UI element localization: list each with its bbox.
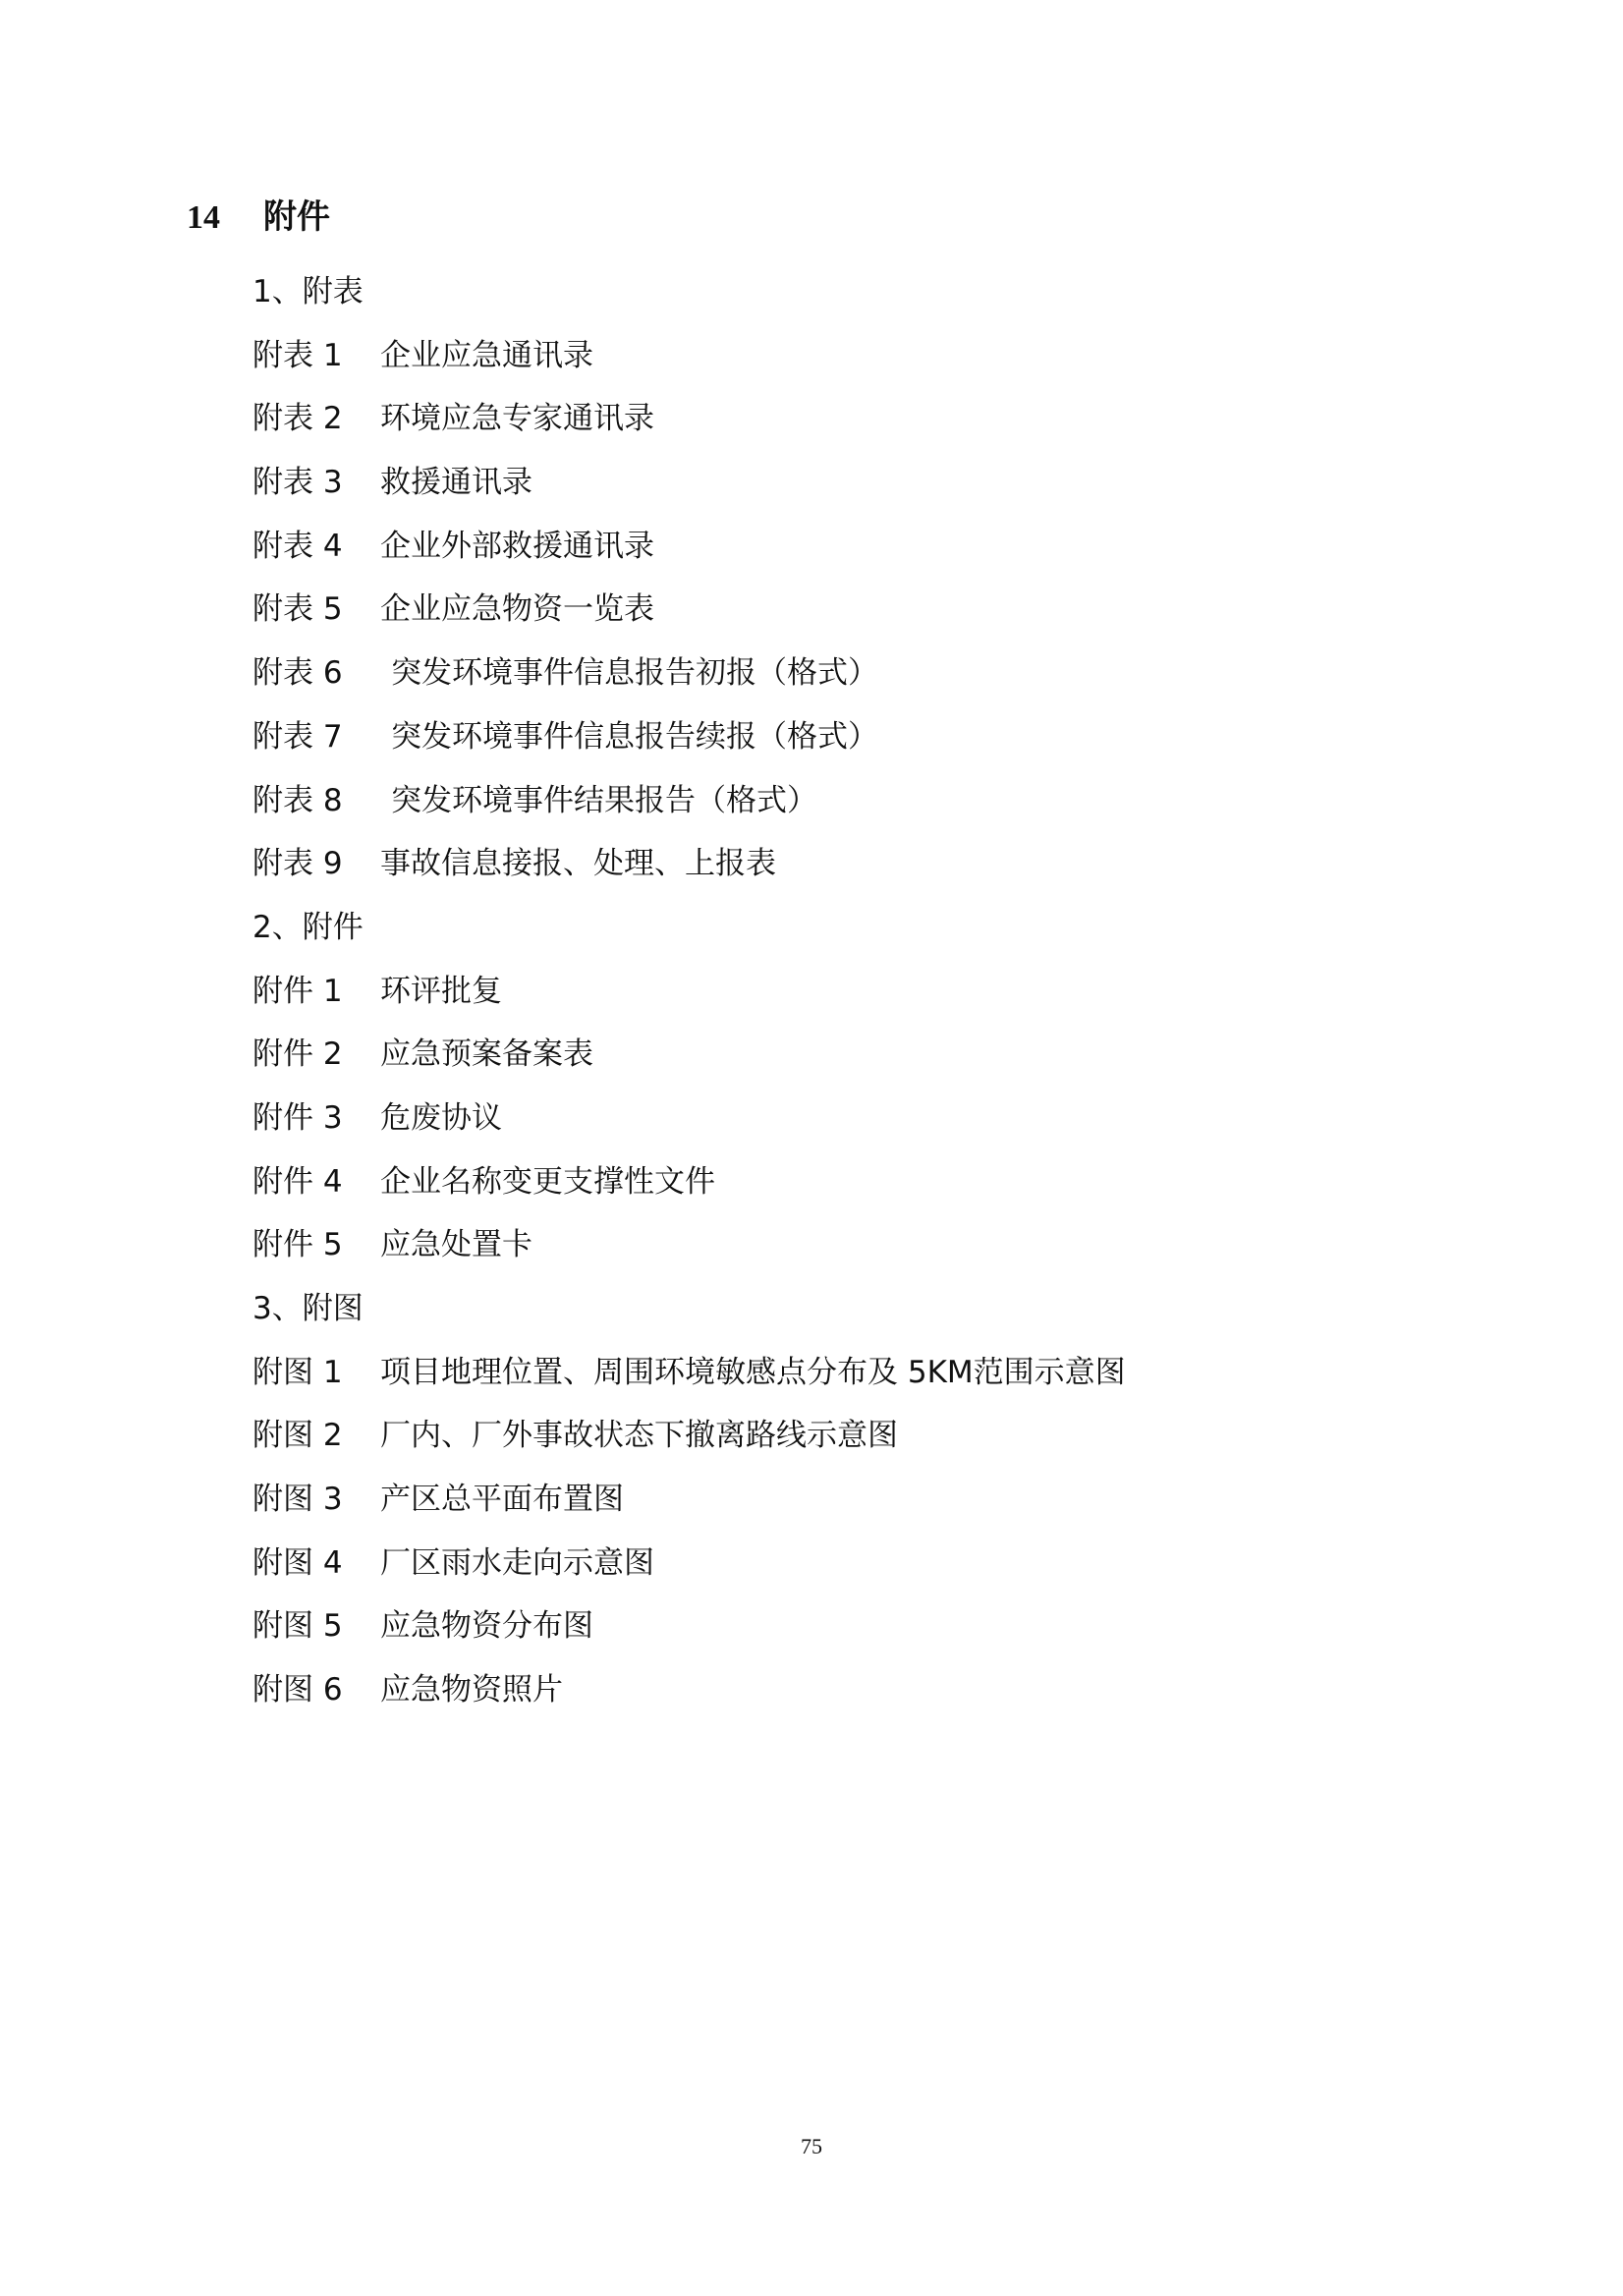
item-label: 附图 3 (252, 1478, 380, 1541)
list-item: 附表 4企业外部救援通讯录 (252, 525, 1126, 588)
item-label: 附件 3 (252, 1096, 380, 1160)
item-text: 应急物资照片 (380, 1668, 563, 1732)
item-text: 环境应急专家通讯录 (380, 397, 654, 461)
item-text: 应急处置卡 (380, 1223, 532, 1287)
item-text: 厂区雨水走向示意图 (380, 1541, 654, 1605)
list-item: 附表 3救援通讯录 (252, 461, 1126, 525)
list-item: 附件 5应急处置卡 (252, 1223, 1126, 1287)
item-text: 应急预案备案表 (380, 1033, 593, 1096)
item-text: 突发环境事件结果报告（格式） (380, 779, 817, 843)
list-item: 附件 1环评批复 (252, 970, 1126, 1034)
list-item: 附表 9事故信息接报、处理、上报表 (252, 842, 1126, 906)
item-label: 附件 5 (252, 1223, 380, 1287)
item-text: 事故信息接报、处理、上报表 (380, 842, 776, 906)
item-label: 附件 2 (252, 1033, 380, 1096)
list-item: 附图 2厂内、厂外事故状态下撤离路线示意图 (252, 1414, 1126, 1478)
item-label: 附件 1 (252, 970, 380, 1034)
attachment-list: 1、附表 附表 1企业应急通讯录 附表 2环境应急专家通讯录 附表 3救援通讯录… (252, 270, 1126, 1732)
list-item: 附件 3危废协议 (252, 1096, 1126, 1160)
item-label: 附件 4 (252, 1160, 380, 1224)
list-item: 附图 4厂区雨水走向示意图 (252, 1541, 1126, 1605)
item-label: 附表 4 (252, 525, 380, 588)
list-item: 附表 5企业应急物资一览表 (252, 588, 1126, 651)
item-text: 企业外部救援通讯录 (380, 525, 654, 588)
item-label: 附表 9 (252, 842, 380, 906)
item-text: 企业应急物资一览表 (380, 588, 654, 651)
item-label: 附图 5 (252, 1604, 380, 1668)
page-number: 75 (801, 2134, 822, 2159)
section-heading: 14附件 (187, 198, 330, 238)
list-item: 附图 3产区总平面布置图 (252, 1478, 1126, 1541)
subsection-title: 3、附图 (252, 1287, 1126, 1351)
list-item: 附表 7突发环境事件信息报告续报（格式） (252, 715, 1126, 779)
item-text: 产区总平面布置图 (380, 1478, 624, 1541)
item-text: 企业名称变更支撑性文件 (380, 1160, 715, 1224)
section-number: 14 (187, 198, 263, 238)
list-item: 附表 8突发环境事件结果报告（格式） (252, 779, 1126, 843)
list-item: 附图 1项目地理位置、周围环境敏感点分布及 5KM范围示意图 (252, 1351, 1126, 1415)
section-title: 附件 (263, 199, 330, 236)
item-text: 突发环境事件信息报告续报（格式） (380, 715, 878, 779)
item-label: 附表 3 (252, 461, 380, 525)
item-label: 附表 2 (252, 397, 380, 461)
subsection-title-text: 3、附图 (252, 1287, 364, 1351)
item-label: 附图 2 (252, 1414, 380, 1478)
subsection-title-text: 2、附件 (252, 906, 364, 970)
item-text: 项目地理位置、周围环境敏感点分布及 5KM范围示意图 (380, 1351, 1126, 1415)
list-item: 附表 6突发环境事件信息报告初报（格式） (252, 651, 1126, 715)
list-item: 附表 2环境应急专家通讯录 (252, 397, 1126, 461)
item-text: 厂内、厂外事故状态下撤离路线示意图 (380, 1414, 898, 1478)
item-text: 救援通讯录 (380, 461, 532, 525)
list-item: 附表 1企业应急通讯录 (252, 334, 1126, 398)
list-item: 附件 4企业名称变更支撑性文件 (252, 1160, 1126, 1224)
subsection-title-text: 1、附表 (252, 270, 364, 334)
item-text: 应急物资分布图 (380, 1604, 593, 1668)
item-text: 环评批复 (380, 970, 502, 1034)
item-text: 企业应急通讯录 (380, 334, 593, 398)
list-item: 附件 2应急预案备案表 (252, 1033, 1126, 1096)
item-text: 危废协议 (380, 1096, 502, 1160)
subsection-title: 2、附件 (252, 906, 1126, 970)
item-label: 附表 5 (252, 588, 380, 651)
list-item: 附图 5应急物资分布图 (252, 1604, 1126, 1668)
item-text: 突发环境事件信息报告初报（格式） (380, 651, 878, 715)
subsection-title: 1、附表 (252, 270, 1126, 334)
item-label: 附表 7 (252, 715, 380, 779)
item-label: 附图 6 (252, 1668, 380, 1732)
list-item: 附图 6应急物资照片 (252, 1668, 1126, 1732)
item-label: 附表 1 (252, 334, 380, 398)
item-label: 附图 1 (252, 1351, 380, 1415)
item-label: 附图 4 (252, 1541, 380, 1605)
item-label: 附表 6 (252, 651, 380, 715)
item-label: 附表 8 (252, 779, 380, 843)
